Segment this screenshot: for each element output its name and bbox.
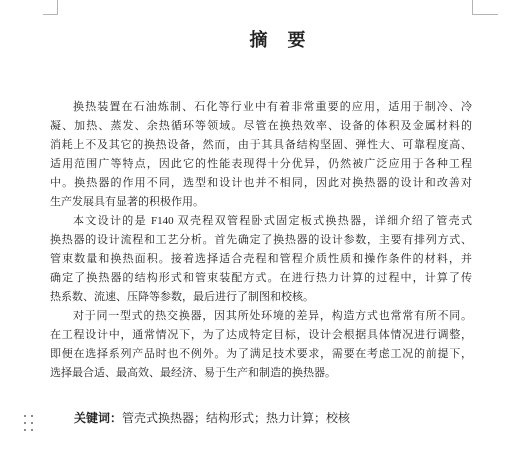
body-line: 换热器的设计流程和工艺分析。首先确定了换热器的设计参数，主要有排列方式、 (50, 231, 472, 250)
text-boundary-mark-top-right (472, 0, 498, 15)
body-line: 本文设计的是 F140 双壳程双管程卧式固定板式换热器，详细介绍了管壳式 (50, 212, 472, 231)
text-boundary-mark-top-left (43, 0, 58, 15)
page-title: 摘 要 (50, 29, 472, 51)
body-line: 即便在选择系列产品时也不例外。为了满足技术要求，需要在考虑工况的前提下， (50, 345, 472, 364)
drag-handle-dot (24, 429, 26, 431)
body-line: 热系数、流速、压降等参数，最后进行了制图和校核。 (50, 288, 472, 307)
body-line: 换热装置在石油炼制、石化等行业中有着非常重要的应用，适用于制冷、冷 (50, 98, 472, 117)
body-line: 选择最合适、最高效、最经济、易于生产和制造的换热器。 (50, 364, 472, 383)
body-line: 凝、加热、蒸发、余热循环等领域。尽管在换热效率、设备的体积及金属材料的 (50, 117, 472, 136)
drag-handle-dot (31, 429, 33, 431)
keywords-text: 管壳式换热器；结构形式；热力计算；校核 (122, 411, 350, 425)
abstract-body: 换热装置在石油炼制、石化等行业中有着非常重要的应用，适用于制冷、冷 凝、加热、蒸… (50, 98, 472, 383)
drag-handle-dot (24, 415, 26, 417)
drag-handle-dot (24, 422, 26, 424)
body-line: 适用范围广等特点，因此它的性能表现得十分优异，仍然被广泛应用于各种工程 (50, 155, 472, 174)
body-line: 在工程设计中，通常情况下，为了达成特定目标，设计会根据具体情况进行调整， (50, 326, 472, 345)
body-line: 确定了换热器的结构形式和管束装配方式。在进行热力计算的过程中，计算了传 (50, 269, 472, 288)
document-page: 摘 要 换热装置在石油炼制、石化等行业中有着非常重要的应用，适用于制冷、冷 凝、… (0, 0, 512, 475)
body-line: 对于同一型式的热交换器，因其所处环境的差异，构造方式也常常有所不同。 (50, 307, 472, 326)
body-line: 中。换热器的作用不同，选型和设计也并不相同，因此对换热器的设计和改善对 (50, 174, 472, 193)
keywords-label: 关键词： (74, 411, 122, 425)
body-line: 生产发展具有显著的积极作用。 (50, 193, 472, 212)
drag-handle-dot (31, 422, 33, 424)
body-line: 消耗上不及其它的换热设备，然而，由于其具备结构坚固、弹性大、可靠程度高、 (50, 136, 472, 155)
body-line: 管束数量和换热面积。接着选择适合壳程和管程介质性质和操作条件的材料，并 (50, 250, 472, 269)
keywords-line: 关键词：管壳式换热器；结构形式；热力计算；校核 (50, 408, 472, 428)
drag-handle-dot (31, 415, 33, 417)
drag-handle-icon[interactable] (24, 415, 33, 431)
